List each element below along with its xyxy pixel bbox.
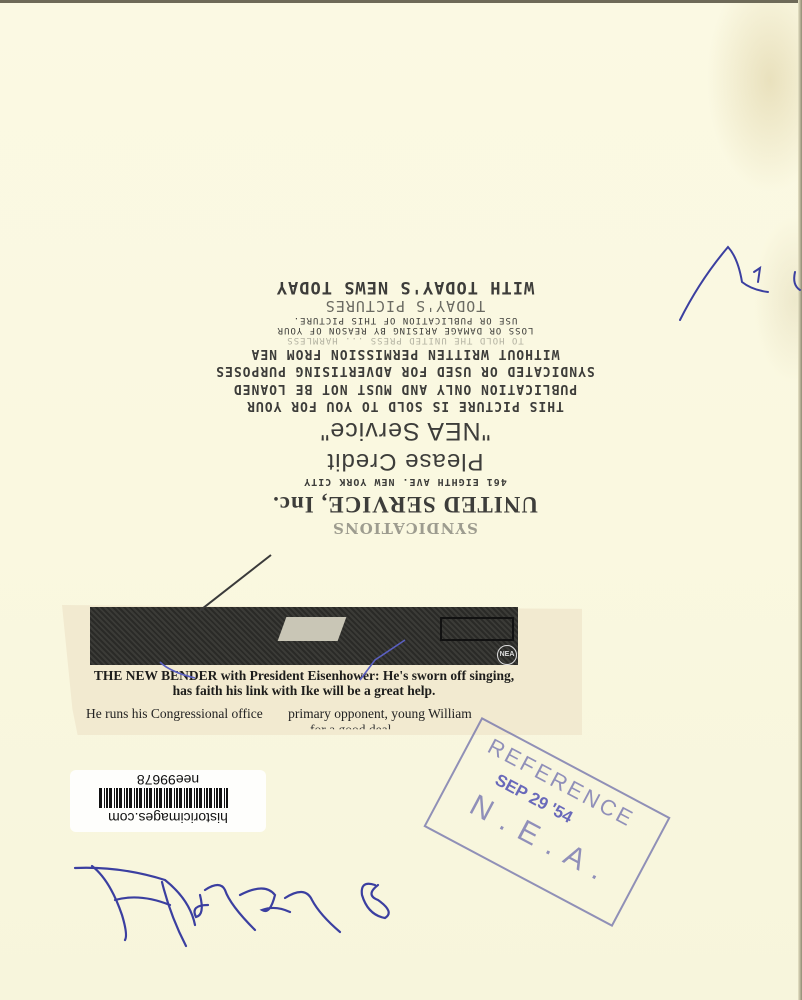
caption-pen-marks <box>160 640 405 680</box>
handwriting-layer <box>0 0 802 1000</box>
catalog-number-handwriting <box>75 866 389 946</box>
corner-note-handwriting <box>680 247 800 320</box>
